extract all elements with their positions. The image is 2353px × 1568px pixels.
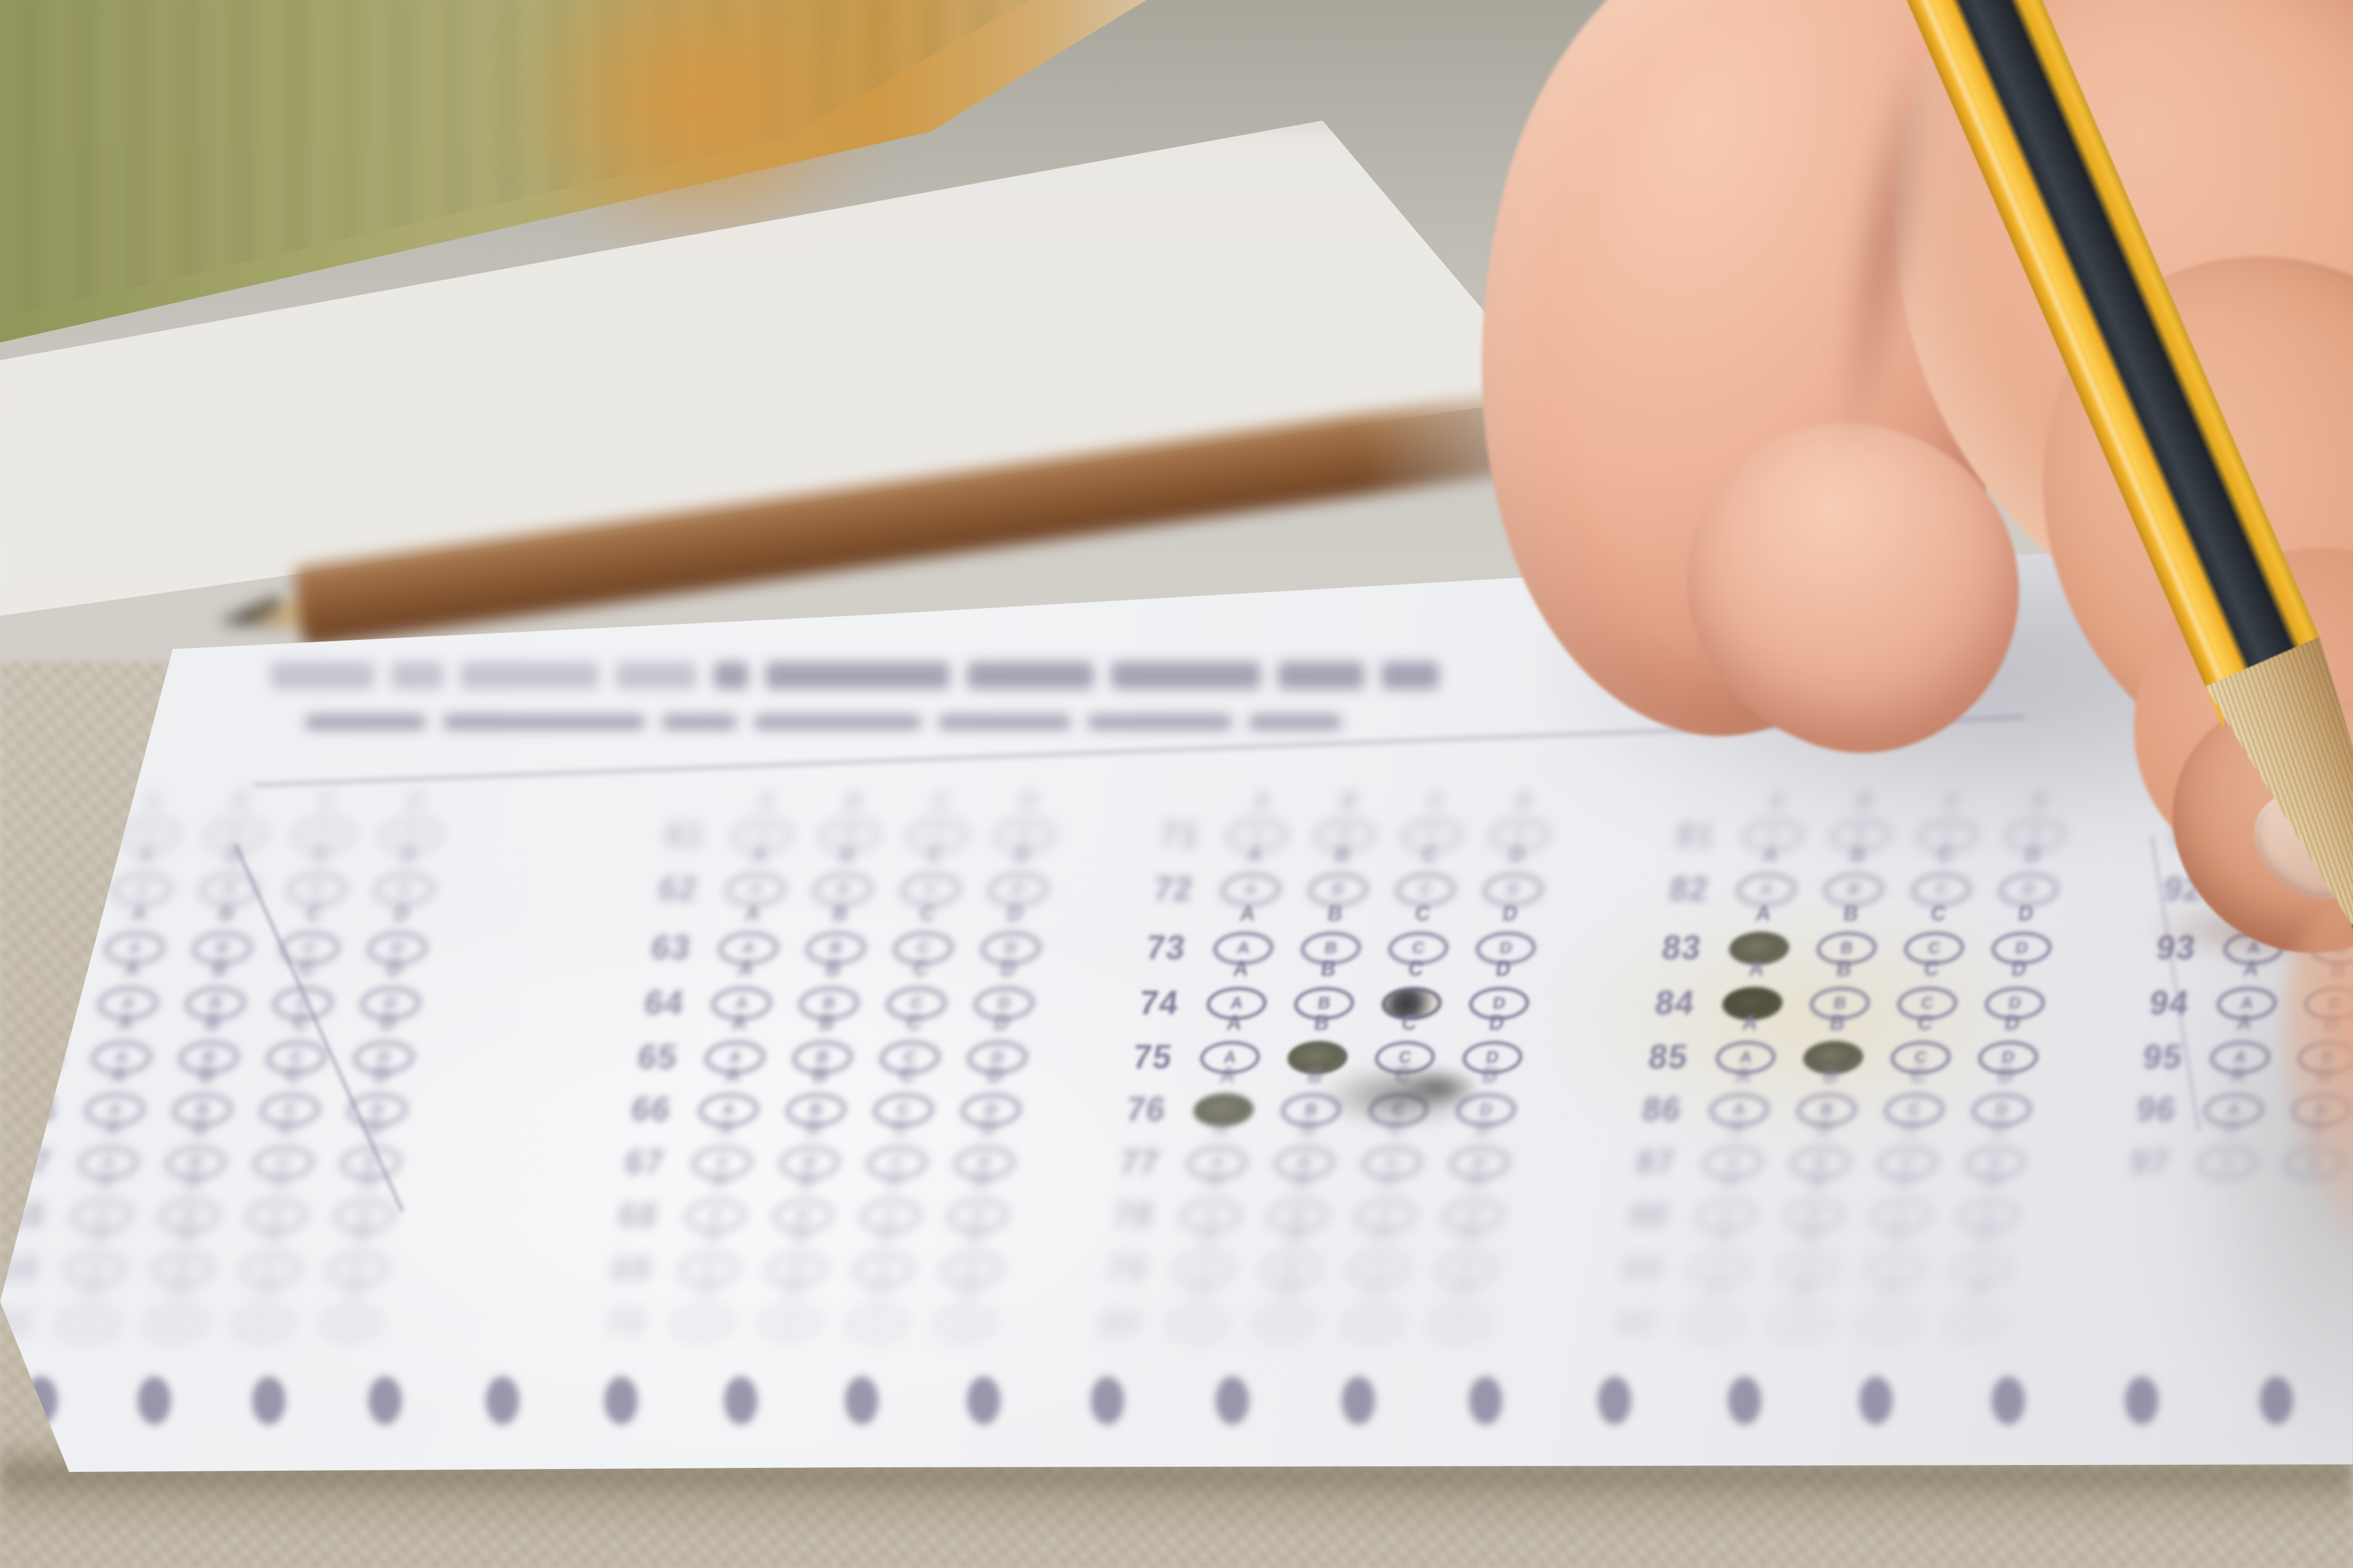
header-text-bar xyxy=(662,715,737,730)
header-text-bar xyxy=(766,662,950,689)
timing-mark xyxy=(368,1376,402,1425)
timing-mark xyxy=(1859,1376,1893,1425)
timing-mark xyxy=(486,1376,519,1425)
timing-mark xyxy=(1342,1376,1375,1425)
timing-mark xyxy=(1992,1376,2025,1425)
header-text-bar xyxy=(443,715,645,730)
header-text-bar xyxy=(754,715,921,730)
header-text-bar xyxy=(967,662,1094,689)
header-text-bar xyxy=(1249,715,1341,730)
timing-mark xyxy=(1469,1376,1502,1425)
header-text-bar xyxy=(1111,662,1261,689)
header-text-bar xyxy=(1381,662,1439,689)
header-text-bar xyxy=(616,662,696,689)
timing-mark xyxy=(1091,1376,1124,1425)
paper-warm-glow xyxy=(1554,898,2072,1139)
header-text-bar xyxy=(271,662,374,689)
photo-scene: 51AABBCCDD52AABBCCDD53AABBCCDD54AABBCCDD… xyxy=(0,0,2353,1568)
timing-mark xyxy=(252,1376,285,1425)
header-text-bar xyxy=(1278,662,1364,689)
header-text-bar xyxy=(305,715,426,730)
timing-mark xyxy=(1598,1376,1631,1425)
timing-mark xyxy=(138,1376,171,1425)
header-text-bar xyxy=(714,662,748,689)
header-text-bar xyxy=(938,715,1071,730)
timing-mark xyxy=(724,1376,757,1425)
header-text-bar xyxy=(1088,715,1232,730)
timing-mark xyxy=(604,1376,638,1425)
timing-mark xyxy=(1728,1376,1761,1425)
header-text-bar xyxy=(460,662,599,689)
timing-mark xyxy=(1216,1376,1249,1425)
timing-mark xyxy=(845,1376,878,1425)
timing-mark xyxy=(967,1376,1000,1425)
pencil-tip-contact-shadow xyxy=(1399,1067,1479,1108)
header-text-bar xyxy=(391,662,443,689)
timing-mark xyxy=(2125,1376,2158,1425)
